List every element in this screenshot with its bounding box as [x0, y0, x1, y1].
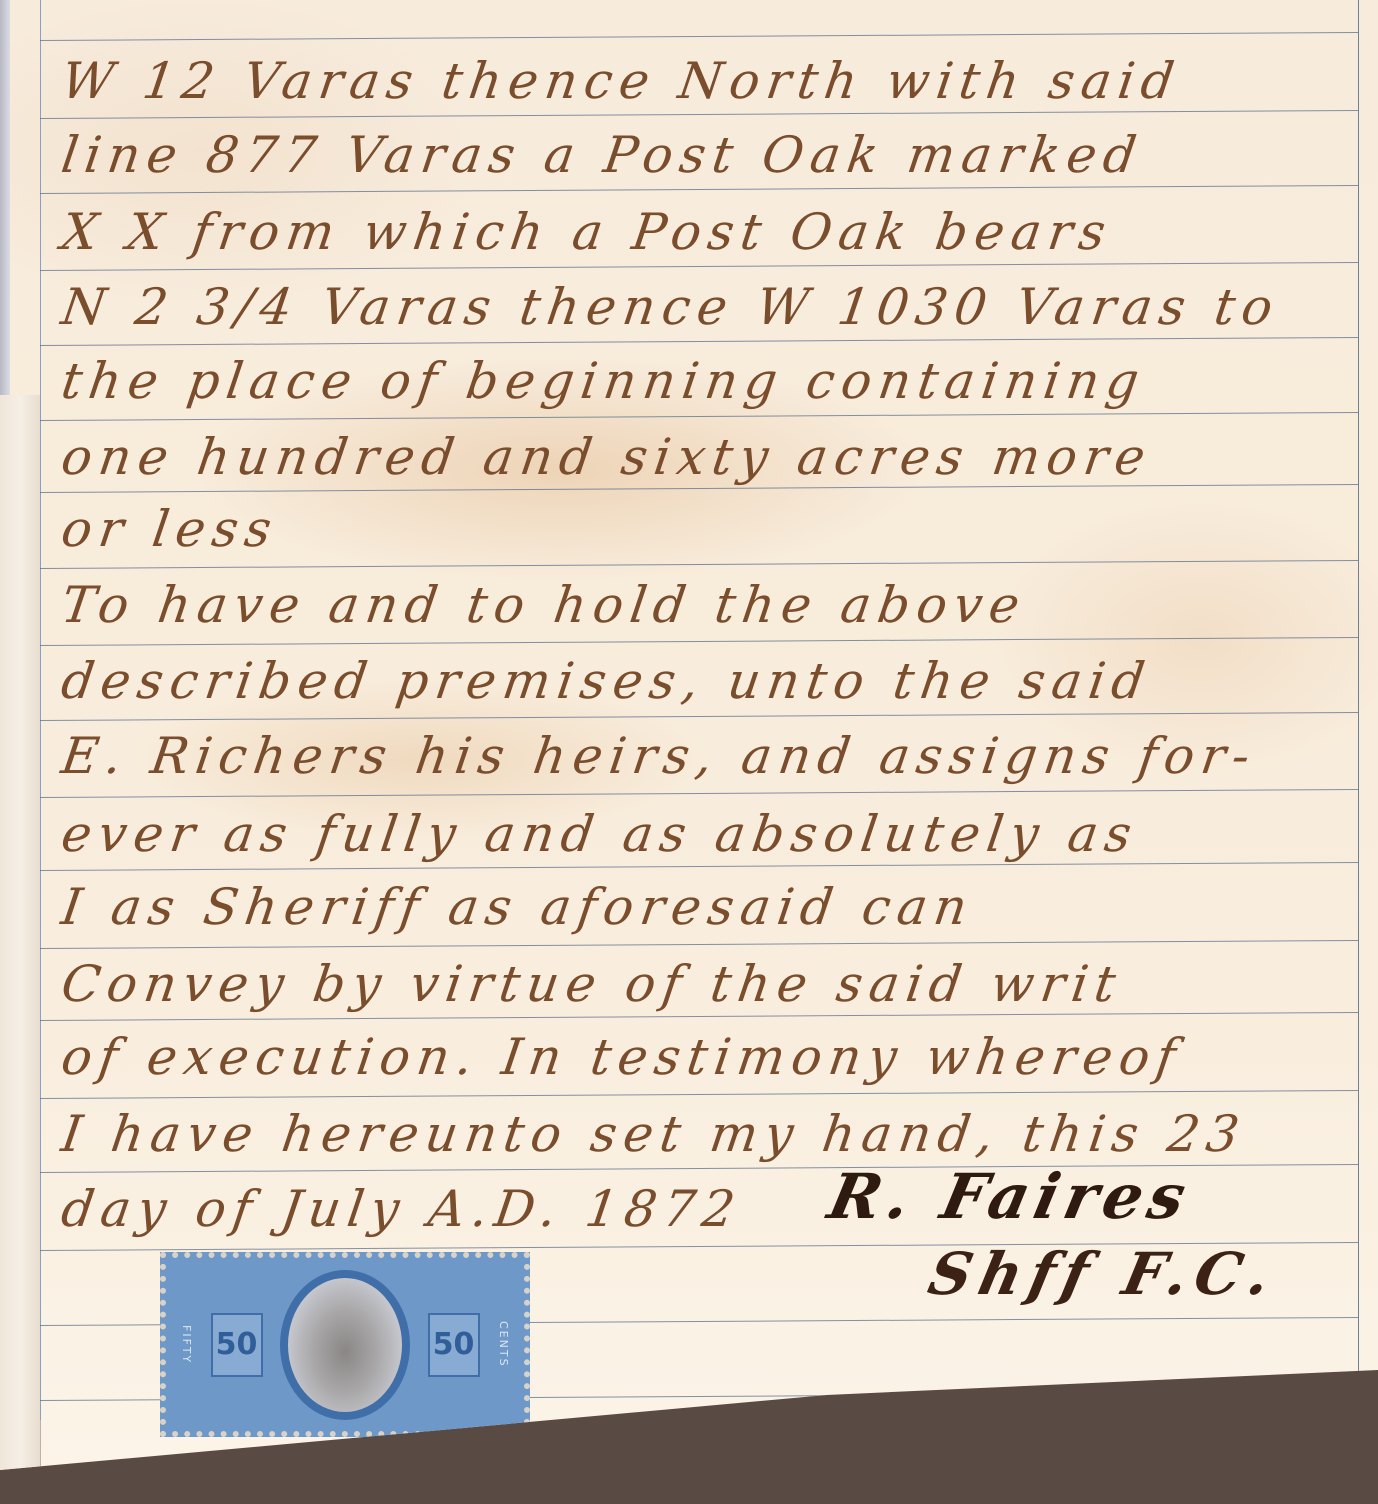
left-margin-line — [40, 0, 41, 1420]
handwritten-line: Convey by virtue of the said writ — [58, 955, 1126, 1013]
handwritten-line: X X from which a Post Oak bears — [58, 203, 1116, 261]
ruled-line — [40, 32, 1358, 41]
ruled-line — [40, 412, 1358, 421]
handwritten-line: line 877 Varas a Post Oak marked — [58, 126, 1147, 184]
ruled-line — [40, 560, 1358, 569]
handwritten-line: one hundred and sixty acres more — [58, 428, 1156, 486]
ruled-line — [40, 637, 1358, 646]
stamp-portrait — [280, 1270, 410, 1420]
stamp-right-text: CENTS — [497, 1321, 510, 1368]
ruled-line — [40, 940, 1358, 949]
revenue-stamp: FIFTY 50 50 CENTS — [160, 1252, 530, 1437]
handwritten-line: of execution. In testimony whereof — [58, 1028, 1186, 1086]
handwritten-line: W 12 Varas thence North with said — [58, 52, 1185, 110]
handwritten-line: ever as fully and as absolutely as — [58, 805, 1142, 863]
handwritten-line: or less — [58, 500, 282, 558]
ruled-line — [40, 1012, 1358, 1021]
handwritten-line: I as Sheriff as aforesaid can — [58, 878, 978, 936]
sheriff-title: Shff F.C. — [923, 1240, 1284, 1308]
handwritten-line: day of July A.D. 1872 — [58, 1180, 745, 1238]
handwritten-line: described premises, unto the said — [58, 652, 1155, 710]
book-binding-fold — [0, 395, 41, 1495]
sheriff-signature: R. Faires — [822, 1160, 1198, 1233]
handwritten-line: I have hereunto set my hand, this 23 — [58, 1105, 1250, 1163]
stamp-denomination-left: 50 — [211, 1313, 263, 1377]
document-page: W 12 Varas thence North with said line 8… — [0, 0, 1378, 1490]
ruled-line — [40, 712, 1358, 721]
ruled-line — [40, 789, 1358, 798]
ruled-line — [40, 262, 1358, 271]
binding-edge — [0, 0, 10, 395]
right-margin-line — [1358, 0, 1359, 1380]
handwritten-line: E. Richers his heirs, and assigns for- — [58, 727, 1260, 785]
stamp-left-text: FIFTY — [180, 1325, 193, 1364]
ruled-line — [40, 110, 1358, 119]
ruled-line — [40, 862, 1358, 871]
ruled-line — [40, 337, 1358, 346]
ruled-line — [40, 1090, 1358, 1099]
handwritten-line: the place of beginning containing — [58, 352, 1149, 410]
handwritten-line: N 2 3/4 Varas thence W 1030 Varas to — [58, 278, 1283, 336]
ruled-line — [40, 185, 1358, 194]
handwritten-line: To have and to hold the above — [58, 576, 1030, 634]
stamp-denomination-right: 50 — [428, 1313, 480, 1377]
